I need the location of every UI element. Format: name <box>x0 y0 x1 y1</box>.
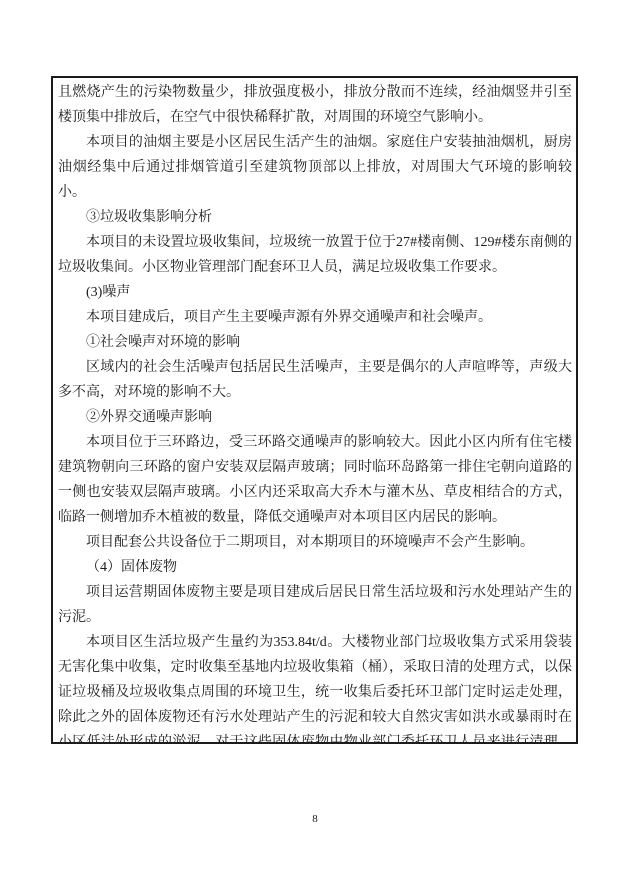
paragraph: 项目运营期固体废物主要是项目建成后居民日常生活垃圾和污水处理站产生的污泥。 <box>58 580 572 630</box>
paragraph: 项目配套公共设备位于二期项目，对本期项目的环境噪声不会产生影响。 <box>58 530 572 555</box>
paragraph: 且燃烧产生的污染物数量少，排放强度极小，排放分散而不连续，经油烟竖井引至楼顶集中… <box>58 80 572 130</box>
paragraph: 本项目位于三环路边，受三环路交通噪声的影响较大。因此小区内所有住宅楼建筑物朝向三… <box>58 430 572 530</box>
document-page: 且燃烧产生的污染物数量少，排放强度极小，排放分散而不连续，经油烟竖井引至楼顶集中… <box>0 0 630 891</box>
paragraph-heading: ③垃圾收集影响分析 <box>58 205 572 230</box>
paragraph: 本项目区生活垃圾产生量约为353.84t/d。大楼物业部门垃圾收集方式采用袋装无… <box>58 630 572 744</box>
page-number: 8 <box>0 813 630 825</box>
paragraph-heading: (3)噪声 <box>58 280 572 305</box>
paragraph: 本项目建成后，项目产生主要噪声源有外界交通噪声和社会噪声。 <box>58 305 572 330</box>
paragraph: 本项目的未设置垃圾收集间，垃圾统一放置于位于27#楼南侧、129#楼东南侧的垃圾… <box>58 230 572 280</box>
paragraph: 区域内的社会生活噪声包括居民生活噪声，主要是偶尔的人声喧哗等，声级大多不高，对环… <box>58 355 572 405</box>
paragraph-heading: ①社会噪声对环境的影响 <box>58 330 572 355</box>
report-text-cell: 且燃烧产生的污染物数量少，排放强度极小，排放分散而不连续，经油烟竖井引至楼顶集中… <box>51 76 578 744</box>
paragraph-heading: （4）固体废物 <box>58 555 572 580</box>
paragraph-heading: ②外界交通噪声影响 <box>58 405 572 430</box>
paragraph: 本项目的油烟主要是小区居民生活产生的油烟。家庭住户安装抽油烟机，厨房油烟经集中后… <box>58 130 572 205</box>
